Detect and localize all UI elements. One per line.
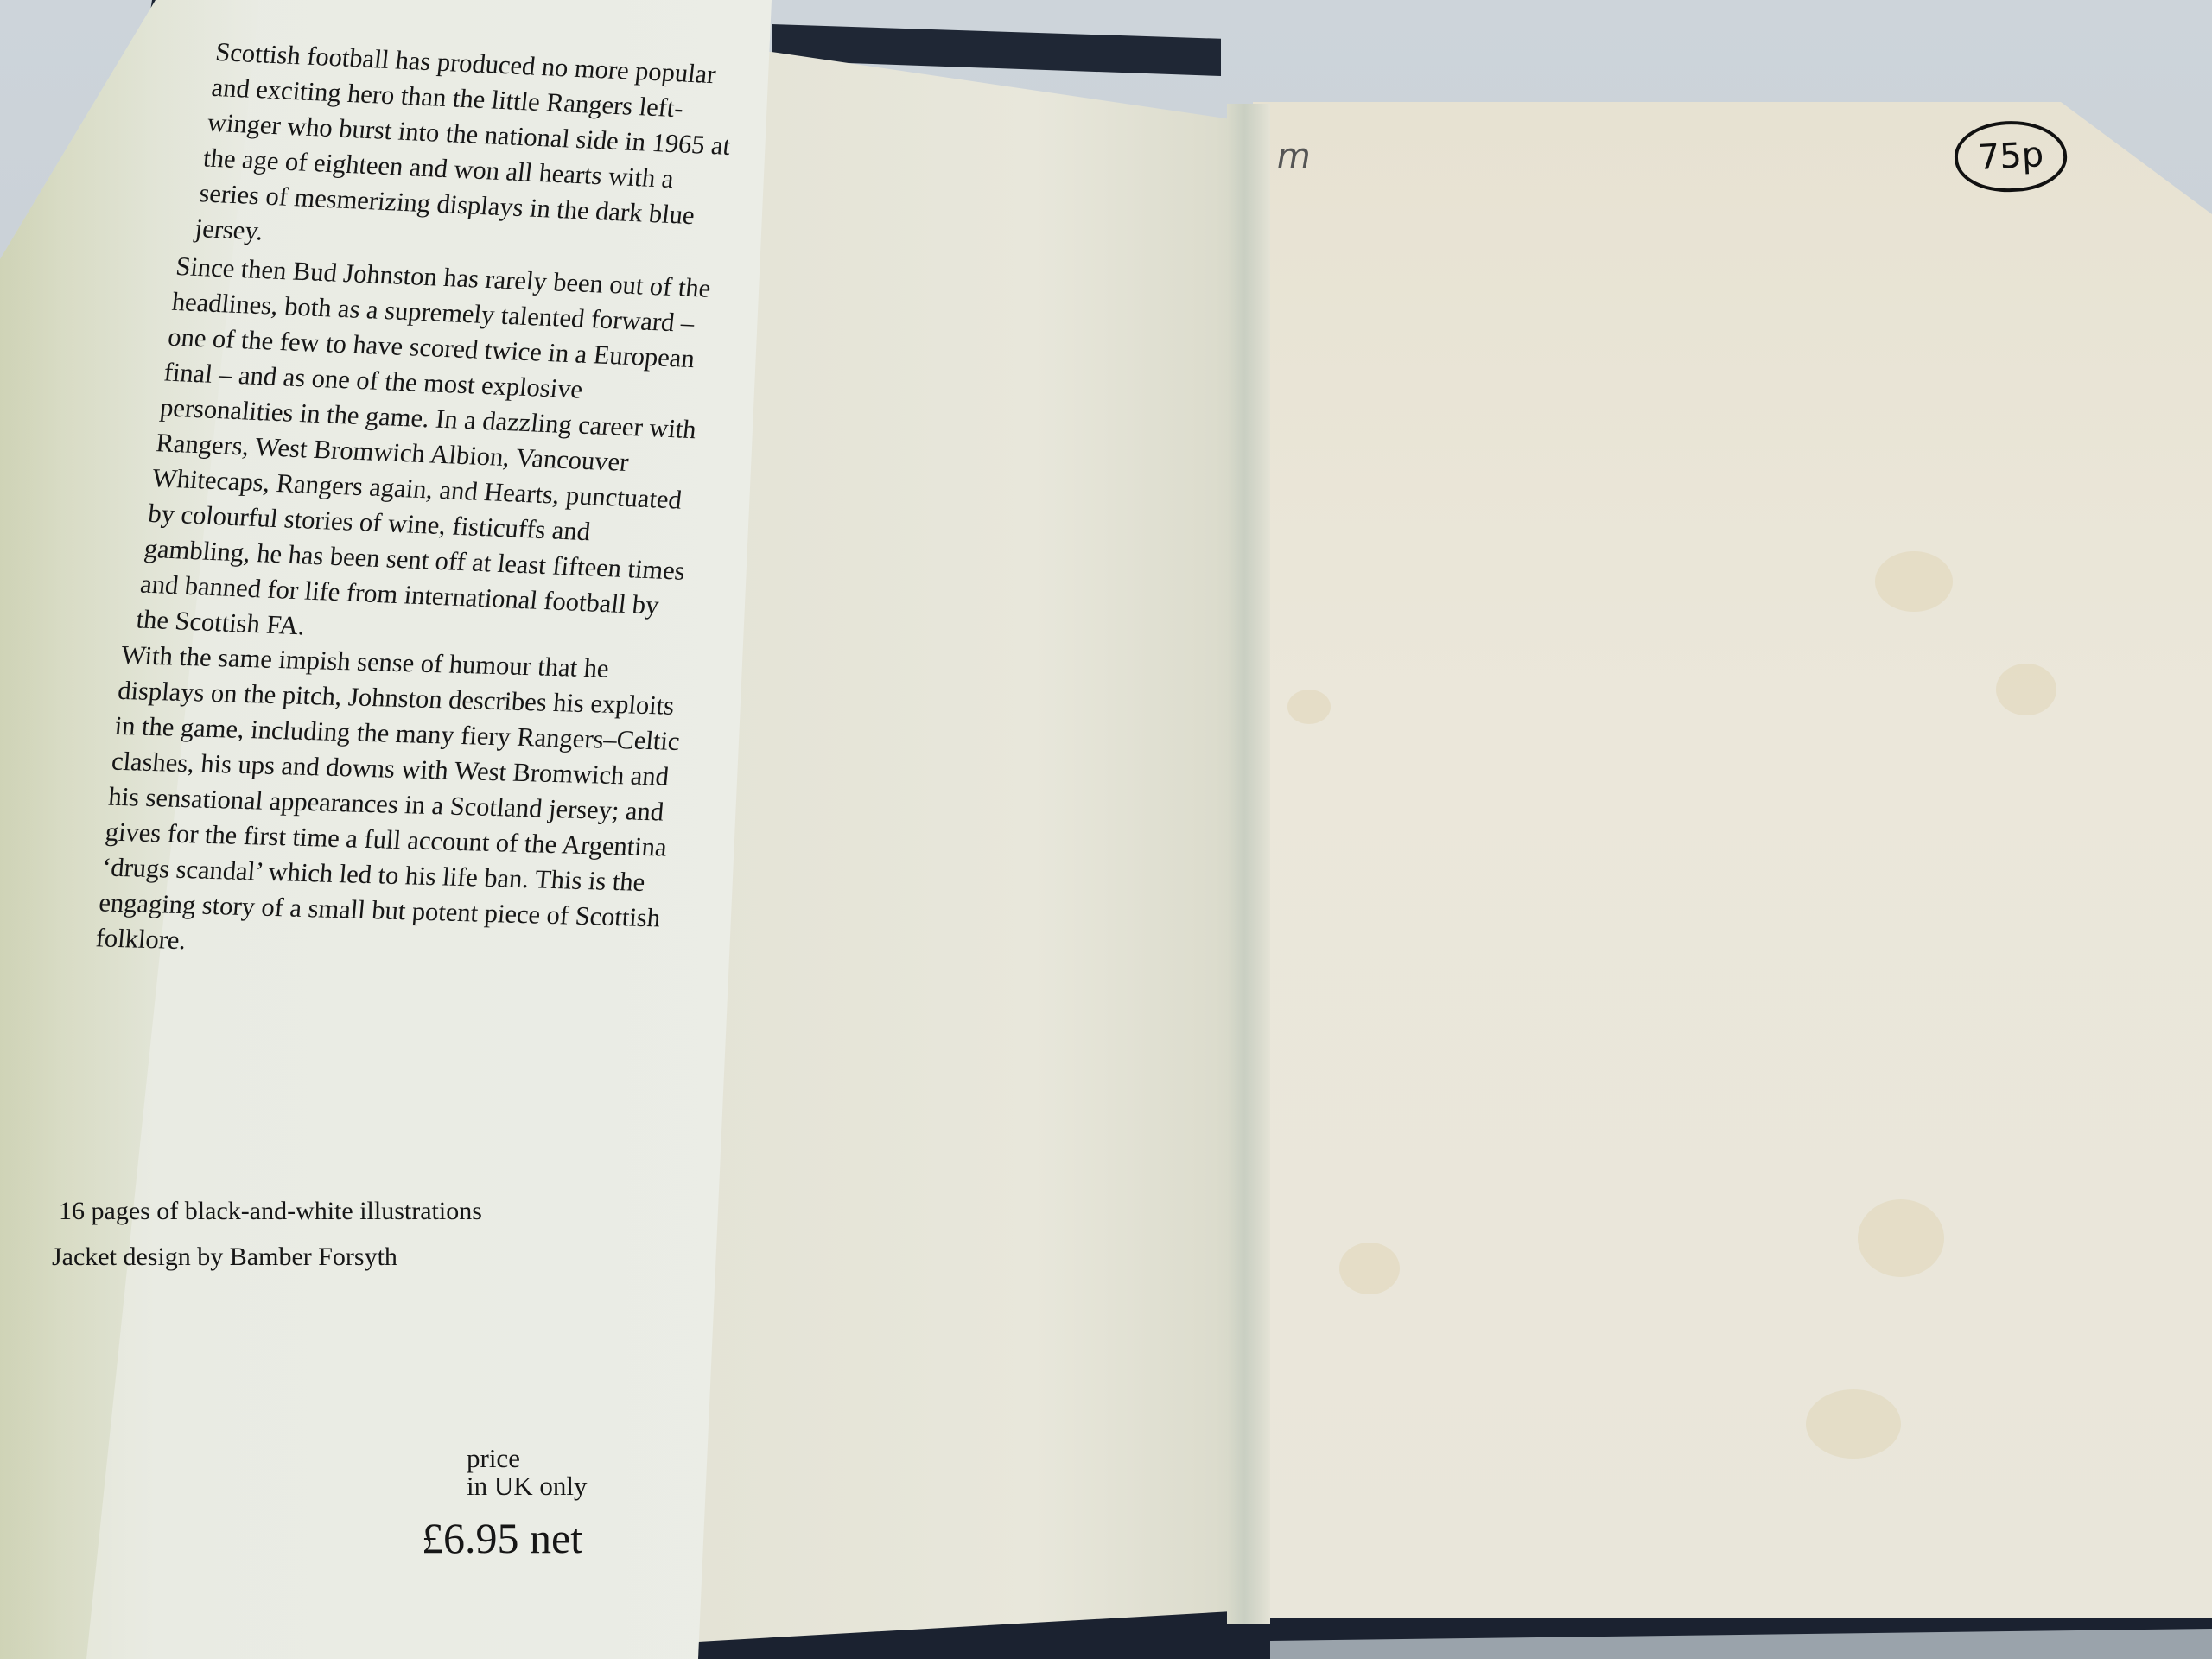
price-label-line2: in UK only — [467, 1472, 588, 1500]
endpaper-left-page — [698, 52, 1260, 1642]
blurb-text: With the same impish sense of humour tha… — [94, 638, 693, 972]
foxing-spot — [1875, 551, 1953, 612]
price-block: price in UK only £6.95 net — [467, 1445, 588, 1560]
blurb-text: Since then Bud Johnston has rarely been … — [135, 249, 731, 660]
foxing-spot — [1858, 1199, 1944, 1277]
endpaper-right-page — [1253, 102, 2212, 1618]
blurb-paragraph-3: With the same impish sense of humour tha… — [93, 638, 692, 979]
illustrations-note: 16 pages of black-and-white illustration… — [59, 1197, 482, 1226]
price-value: £6.95 net — [422, 1516, 588, 1560]
foxing-spot — [1996, 664, 2056, 715]
book-gutter — [1227, 104, 1270, 1624]
foxing-spot — [1339, 1243, 1400, 1294]
price-label-line1: price — [467, 1445, 588, 1472]
blurb-paragraph-2: Since then Bud Johnston has rarely been … — [134, 249, 731, 667]
foxing-spot — [1806, 1389, 1901, 1459]
jacket-design-credit: Jacket design by Bamber Forsyth — [52, 1243, 397, 1272]
blurb-text: Scottish football has produced no more p… — [194, 35, 753, 270]
blurb-paragraph-1: Scottish football has produced no more p… — [193, 35, 753, 277]
handwritten-mark: m — [1274, 137, 1314, 176]
foxing-spot — [1287, 690, 1331, 724]
